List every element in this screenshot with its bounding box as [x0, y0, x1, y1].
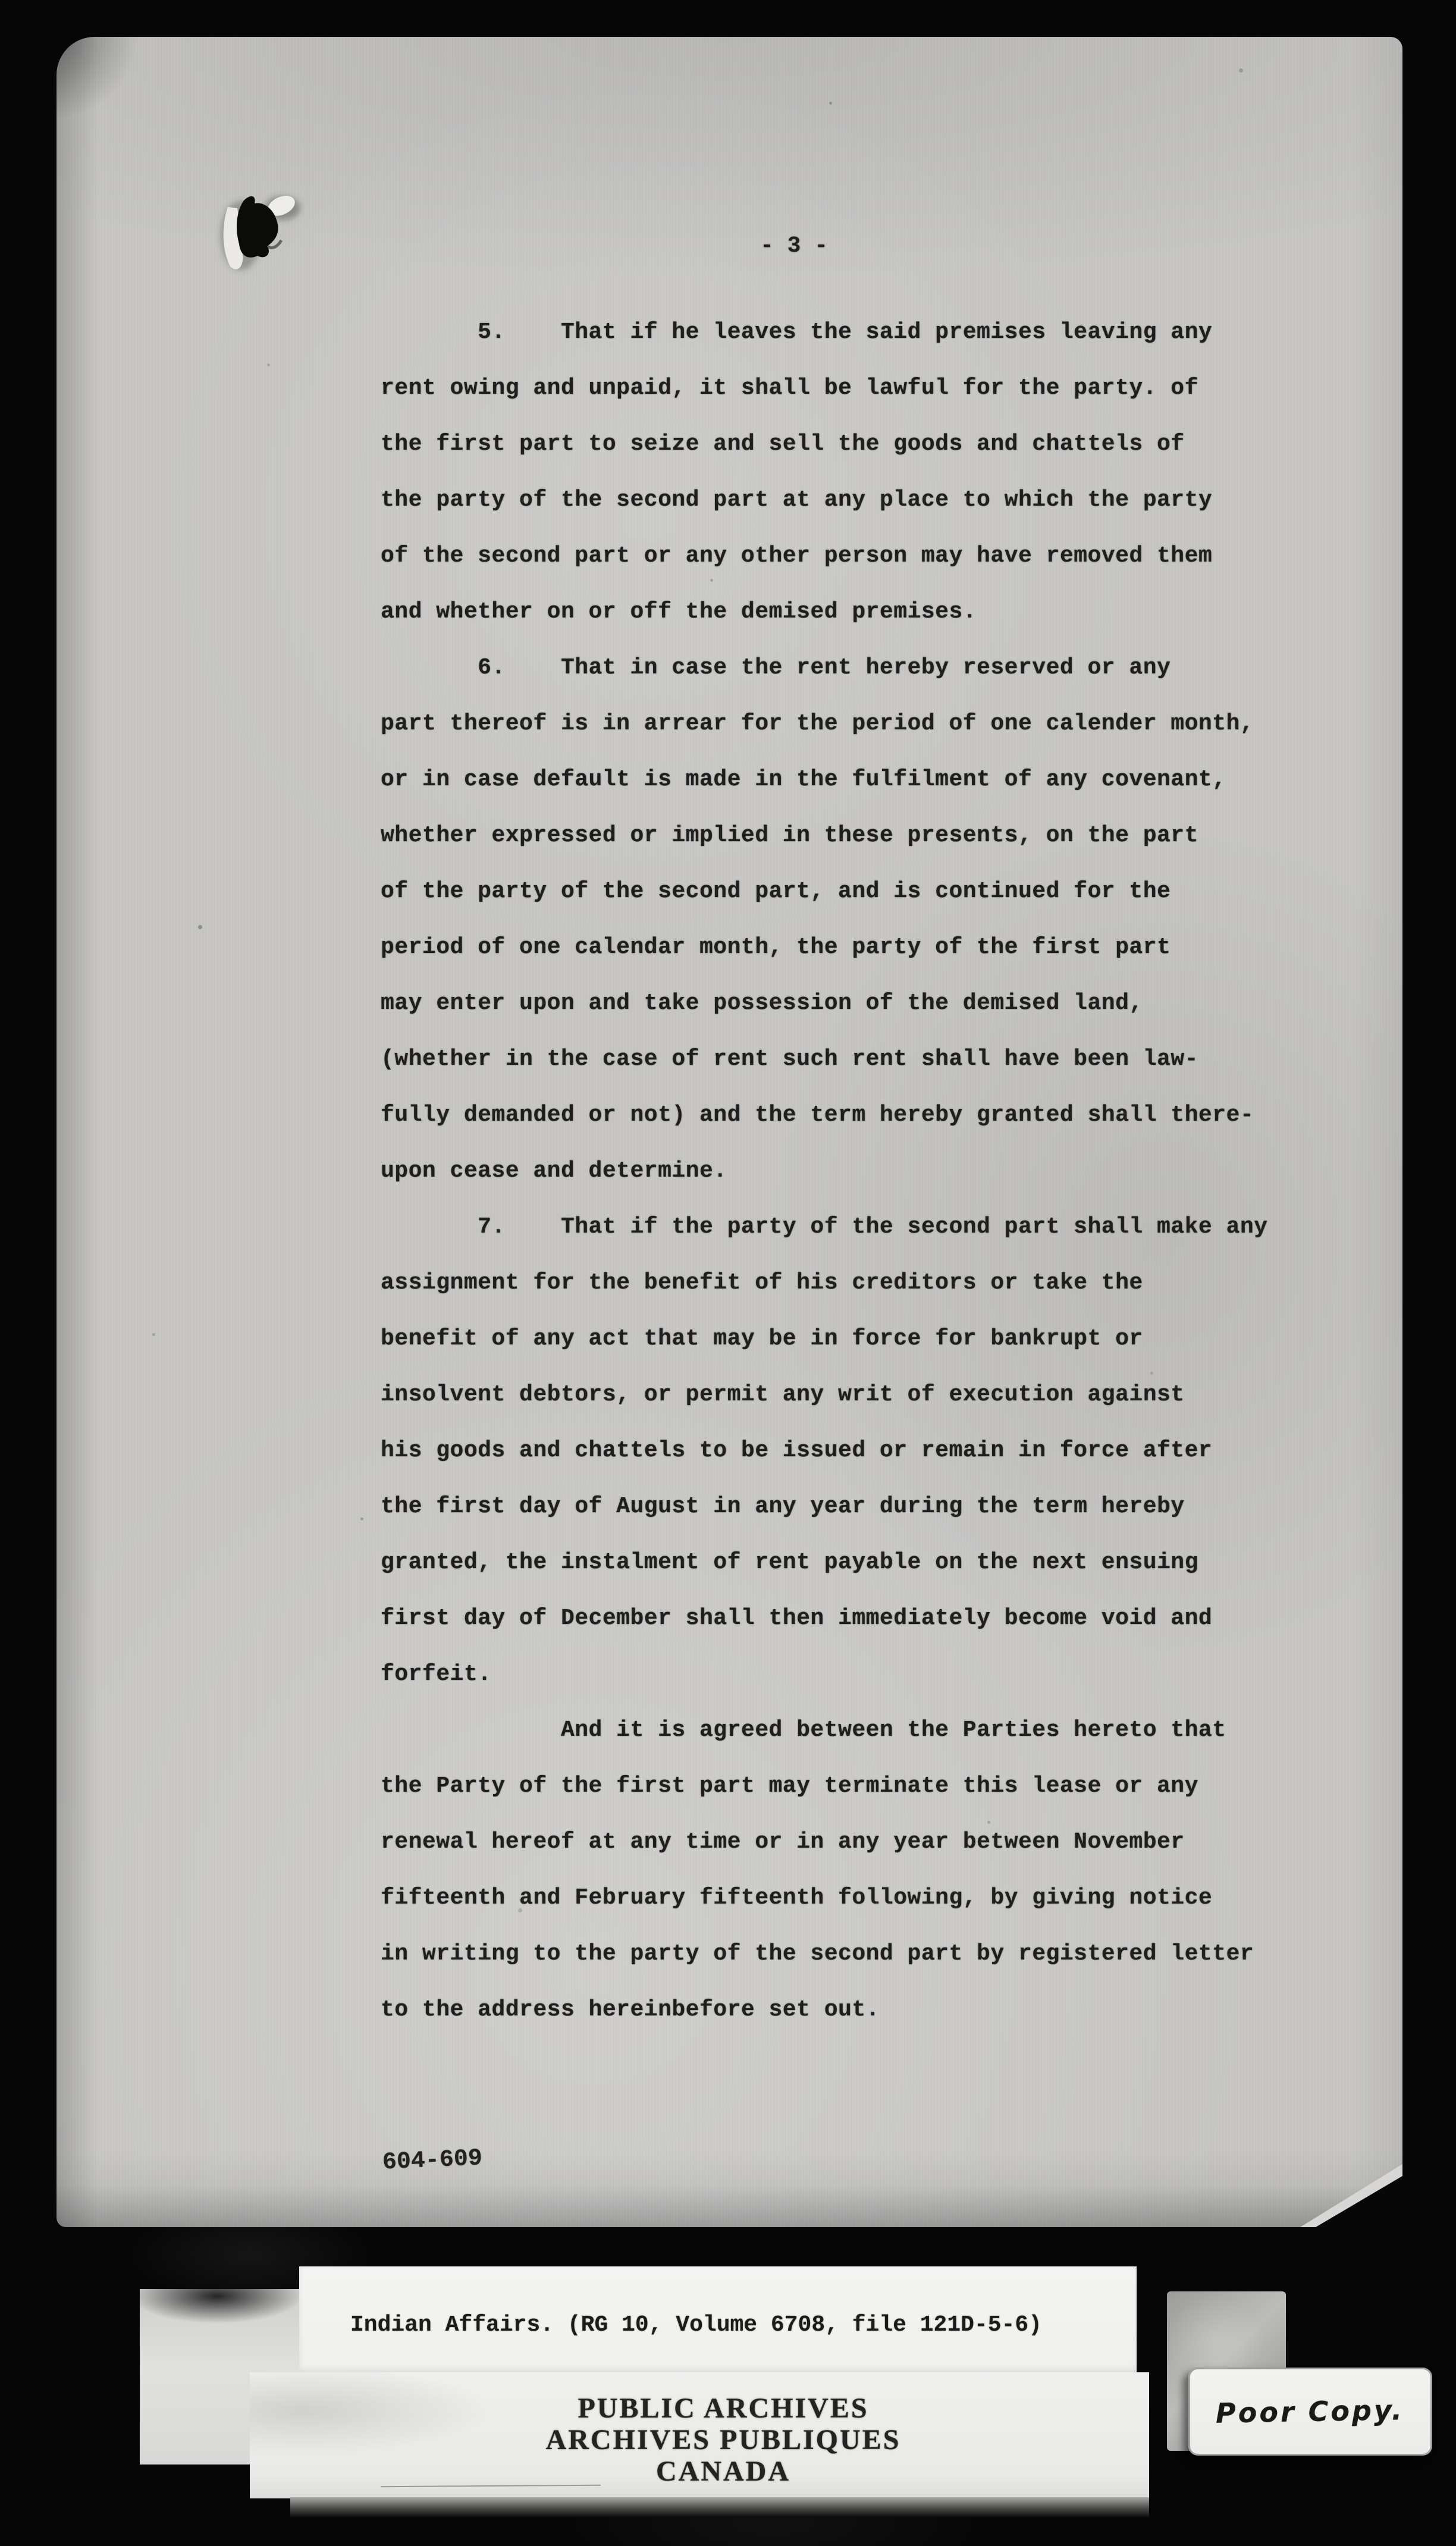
stamp-line-2: ARCHIVES PUBLIQUES [297, 2424, 1149, 2456]
microfilm-scan: - 3 - 5. That if he leaves the said prem… [0, 0, 1456, 2546]
document-page: - 3 - 5. That if he leaves the said prem… [57, 37, 1402, 2227]
archives-stamp-text: PUBLIC ARCHIVES ARCHIVES PUBLIQUES CANAD… [250, 2372, 1149, 2487]
citation-label: Indian Affairs. (RG 10, Volume 6708, fil… [299, 2266, 1137, 2373]
stamp-line-3: CANADA [297, 2456, 1149, 2487]
citation-text: Indian Affairs. (RG 10, Volume 6708, fil… [299, 2266, 1137, 2339]
body-text: 5. That if he leaves the said premises l… [381, 305, 1308, 2038]
paper-specks [57, 37, 58, 39]
archives-stamp-strip: PUBLIC ARCHIVES ARCHIVES PUBLIQUES CANAD… [250, 2372, 1149, 2498]
scan-fade-band [290, 2497, 1149, 2517]
poor-copy-label: Poor Copy. [1188, 2368, 1432, 2456]
torn-hole [216, 188, 305, 278]
stamp-line-1: PUBLIC ARCHIVES [297, 2393, 1149, 2424]
poor-copy-text: Poor Copy. [1216, 2394, 1405, 2429]
footer-code: 604-609 [382, 2145, 483, 2177]
page-number: - 3 - [735, 233, 853, 259]
